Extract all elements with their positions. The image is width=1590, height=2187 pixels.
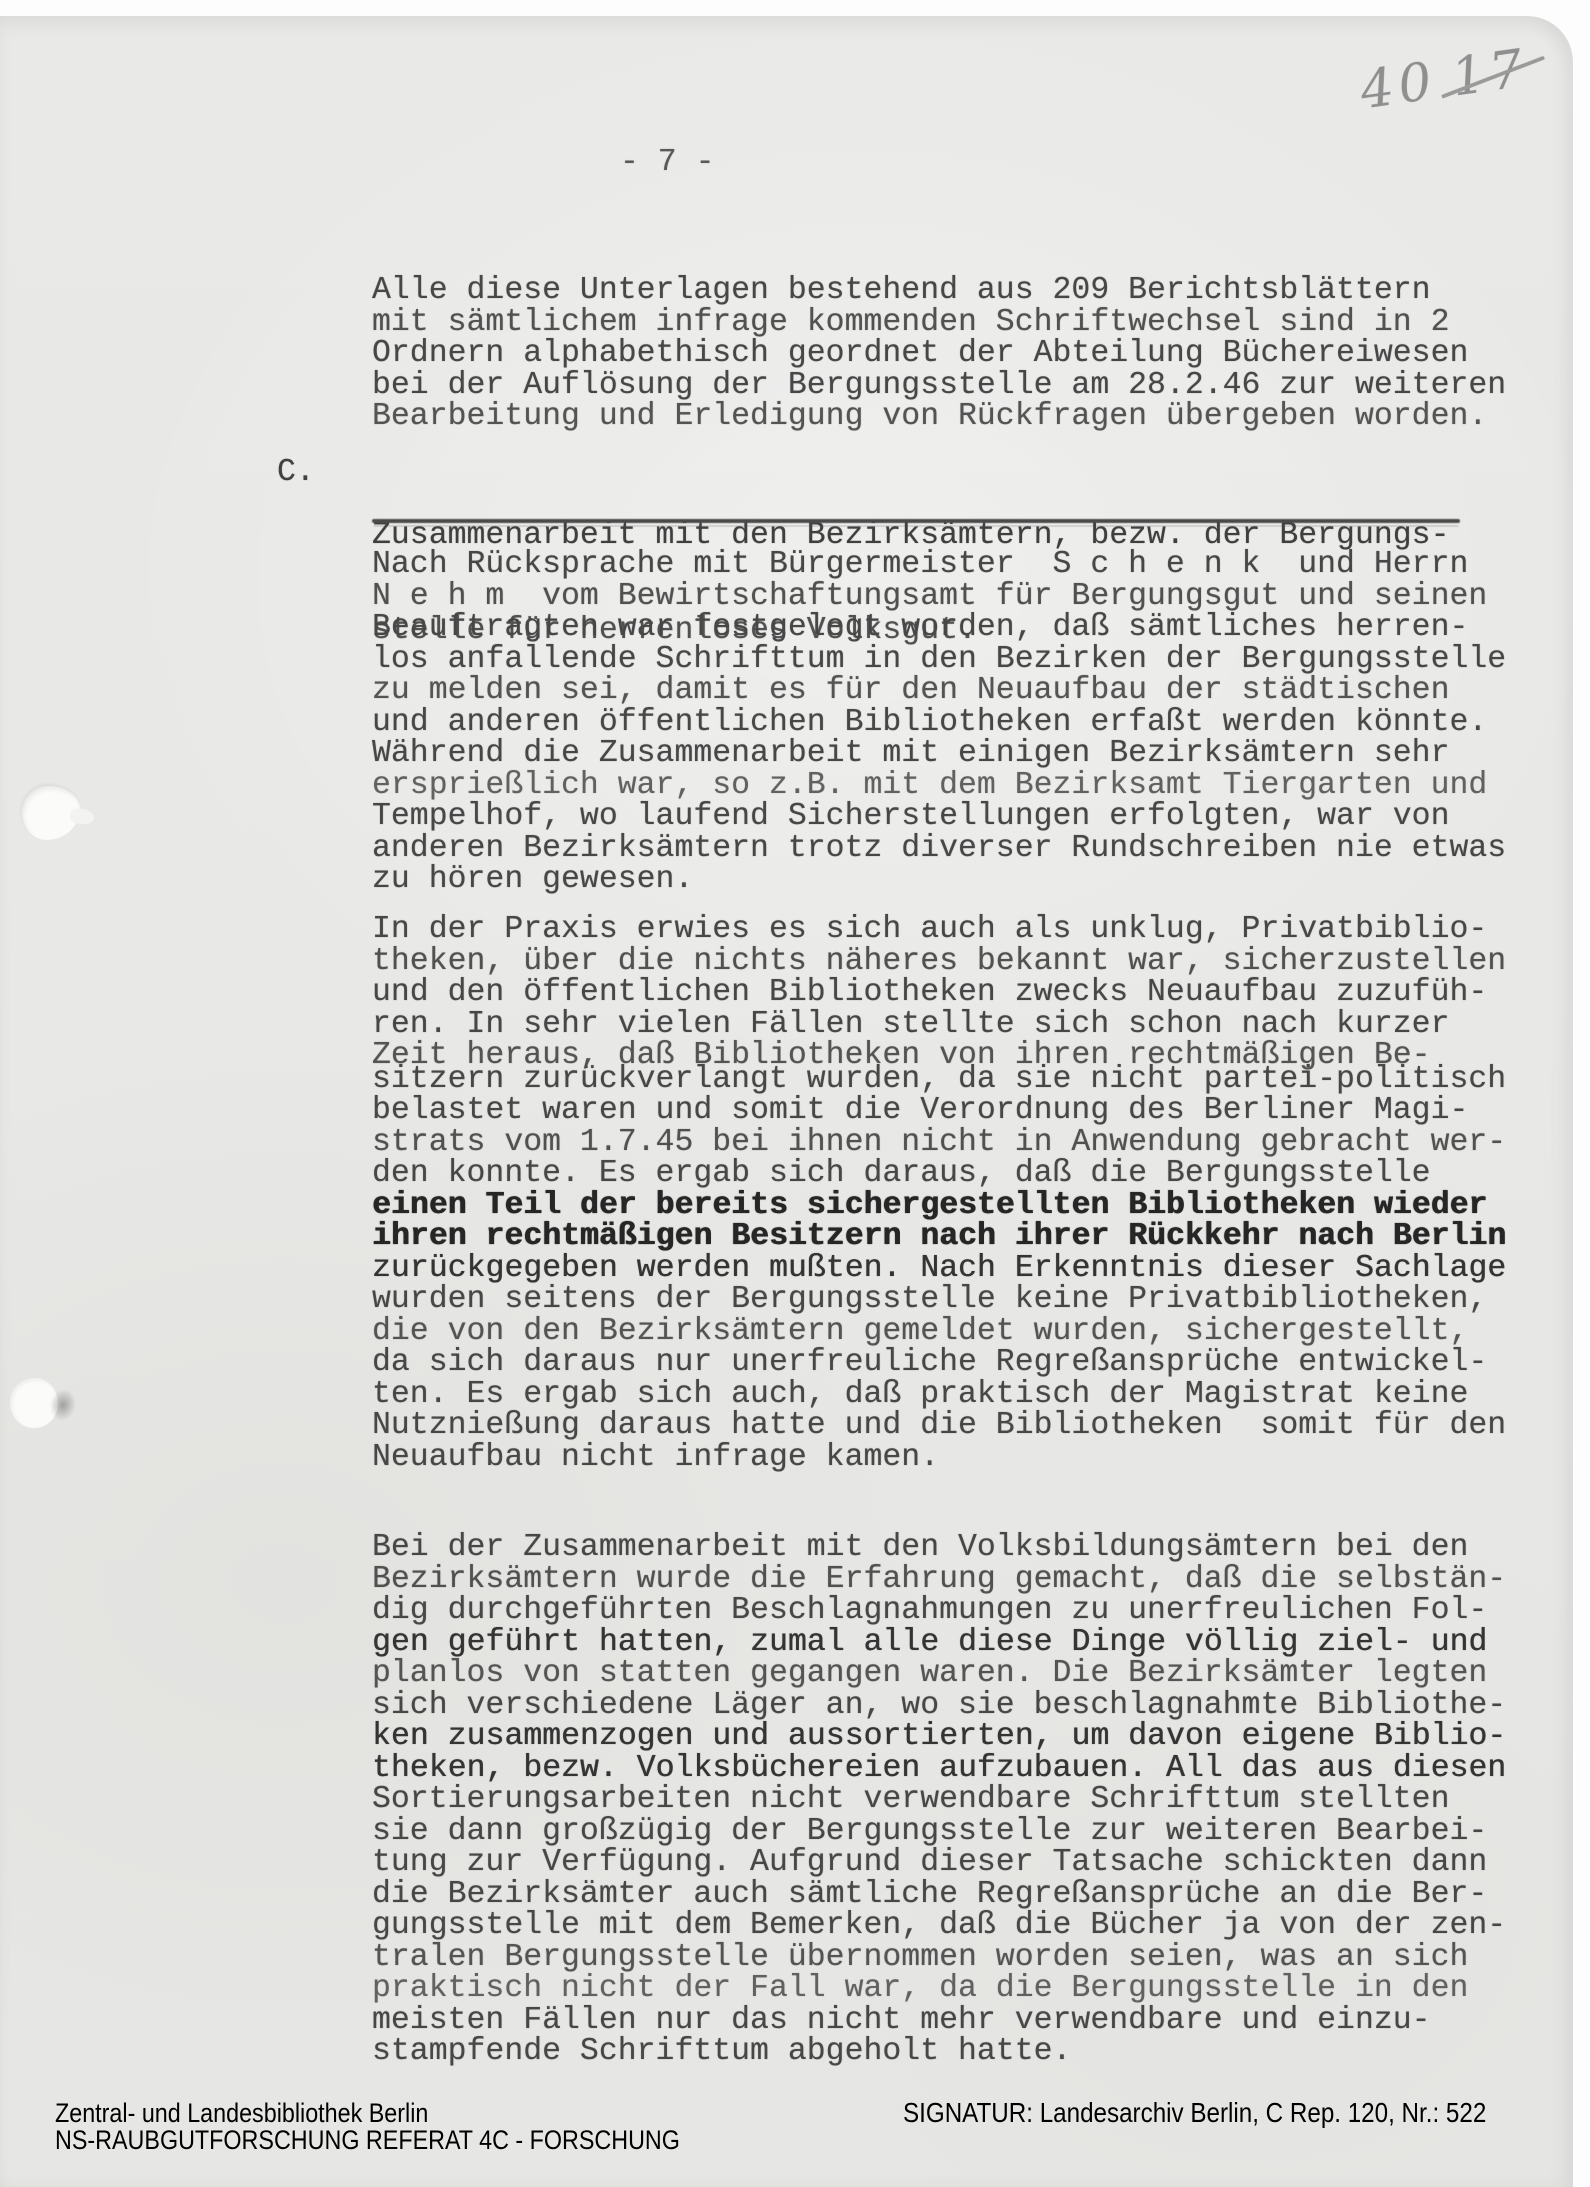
punch-hole-bottom — [10, 1378, 58, 1428]
heading-underline — [372, 519, 1460, 523]
paragraph-3: In der Praxis erwies es sich auch als un… — [372, 914, 1506, 1473]
text-line: belastet waren und somit die Verordnung … — [372, 1095, 1506, 1127]
text-line: einen Teil der bereits sichergestellten … — [372, 1190, 1506, 1222]
scanned-document-screenshot: { "document": { "page_number": "- 7 -", … — [0, 0, 1590, 2187]
page-number: - 7 - — [620, 147, 715, 179]
text-line: Alle diese Unterlagen bestehend aus 209 … — [372, 275, 1506, 307]
text-line: und anderen öffentlichen Bibliotheken er… — [372, 707, 1506, 739]
text-line: ersprießlich war, so z.B. mit dem Bezirk… — [372, 770, 1506, 802]
text-line: planlos von statten gegangen waren. Die … — [372, 1658, 1506, 1690]
text-line: Tempelhof, wo laufend Sicherstellungen e… — [372, 801, 1506, 833]
text-line: theken, bezw. Volksbüchereien aufzubauen… — [372, 1753, 1506, 1785]
text-line: tung zur Verfügung. Aufgrund dieser Tats… — [372, 1847, 1506, 1879]
text-line: zurückgegeben werden mußten. Nach Erkenn… — [372, 1253, 1506, 1285]
footer-institution: Zentral- und Landesbibliothek Berlin — [55, 2100, 479, 2127]
footer-department-text: NS-RAUBGUTFORSCHUNG REFERAT 4C - FORSCHU… — [55, 2127, 680, 2154]
text-line: strats vom 1.7.45 bei ihnen nicht in Anw… — [372, 1127, 1506, 1159]
text-line: die von den Bezirksämtern gemeldet wurde… — [372, 1316, 1506, 1348]
text-line: theken, über die nichts näheres bekannt … — [372, 946, 1506, 978]
text-line: Bei der Zusammenarbeit mit den Volksbild… — [372, 1532, 1506, 1564]
text-line: gungsstelle mit dem Bemerken, daß die Bü… — [372, 1910, 1506, 1942]
text-line: ren. In sehr vielen Fällen stellte sich … — [372, 1009, 1506, 1041]
text-line: wurden seitens der Bergungsstelle keine … — [372, 1284, 1506, 1316]
section-c-label: C. — [277, 457, 315, 489]
text-line: stampfende Schrifttum abgeholt hatte. — [372, 2036, 1506, 2068]
text-line: zu melden sei, damit es für den Neuaufba… — [372, 675, 1506, 707]
text-line: tralen Bergungsstelle übernommen worden … — [372, 1942, 1506, 1974]
paragraph-4: Bei der Zusammenarbeit mit den Volksbild… — [372, 1532, 1506, 2068]
text-line: N e h m vom Bewirtschaftungsamt für Berg… — [372, 581, 1506, 613]
text-line: mit sämtlichem infrage kommenden Schrift… — [372, 307, 1506, 339]
text-line: Bearbeitung und Erledigung von Rückfrage… — [372, 401, 1506, 433]
text-line: die Bezirksämter auch sämtliche Regreßan… — [372, 1879, 1506, 1911]
text-line: bei der Auflösung der Bergungsstelle am … — [372, 370, 1506, 402]
text-line: Während die Zusammenarbeit mit einigen B… — [372, 738, 1506, 770]
text-line: meisten Fällen nur das nicht mehr verwen… — [372, 2005, 1506, 2037]
paper-sheet: 4017 - 7 - Alle diese Unterlagen bestehe… — [0, 16, 1573, 2187]
text-line: anderen Bezirksämtern trotz diverser Run… — [372, 833, 1506, 865]
text-line: Beauftragten war festgelegt worden, daß … — [372, 612, 1506, 644]
text-line: ken zusammenzogen und aussortierten, um … — [372, 1721, 1506, 1753]
footer-department: NS-RAUBGUTFORSCHUNG REFERAT 4C - FORSCHU… — [55, 2127, 765, 2154]
text-line: Bezirksämtern wurde die Erfahrung gemach… — [372, 1564, 1506, 1596]
text-line: Nach Rücksprache mit Bürgermeister S c h… — [372, 549, 1506, 581]
text-line: Neuaufbau nicht infrage kamen. — [372, 1442, 1506, 1474]
text-line: ten. Es ergab sich auch, daß praktisch d… — [372, 1379, 1506, 1411]
text-line: und den öffentlichen Bibliotheken zwecks… — [372, 977, 1506, 1009]
text-line: Nutznießung daraus hatte und die Bibliot… — [372, 1410, 1506, 1442]
text-line: In der Praxis erwies es sich auch als un… — [372, 914, 1506, 946]
text-line: sie dann großzügig der Bergungsstelle zu… — [372, 1816, 1506, 1848]
text-line: ihren rechtmäßigen Besitzern nach ihrer … — [372, 1221, 1506, 1253]
footer-signature-text: SIGNATUR: Landesarchiv Berlin, C Rep. 12… — [903, 2099, 1486, 2126]
text-line: praktisch nicht der Fall war, da die Ber… — [372, 1973, 1506, 2005]
punch-hole-top — [22, 786, 80, 840]
text-line: sitzern zurückverlangt wurden, da sie ni… — [372, 1064, 1506, 1096]
text-line: gen geführt hatten, zumal alle diese Din… — [372, 1627, 1506, 1659]
text-line: den konnte. Es ergab sich daraus, daß di… — [372, 1158, 1506, 1190]
text-line: Sortierungsarbeiten nicht verwendbare Sc… — [372, 1784, 1506, 1816]
paragraph-1: Alle diese Unterlagen bestehend aus 209 … — [372, 275, 1506, 433]
text-line: Ordnern alphabethisch geordnet der Abtei… — [372, 338, 1506, 370]
footer-institution-text: Zentral- und Landesbibliothek Berlin — [55, 2100, 428, 2127]
text-line: los anfallende Schrifttum in den Bezirke… — [372, 644, 1506, 676]
text-line: zu hören gewesen. — [372, 864, 1506, 896]
handwritten-number: 40 — [1357, 51, 1441, 121]
text-line: sich verschiedene Läger an, wo sie besch… — [372, 1690, 1506, 1722]
handwritten-number-crossed-out: 17 — [1448, 39, 1532, 109]
text-line: da sich daraus nur unerfreuliche Regreßa… — [372, 1347, 1506, 1379]
paragraph-2: Nach Rücksprache mit Bürgermeister S c h… — [372, 549, 1506, 896]
footer-signature: SIGNATUR: Landesarchiv Berlin, C Rep. 12… — [903, 2099, 1566, 2126]
handwritten-annotation: 4017 — [1357, 39, 1532, 122]
text-line: dig durchgeführten Beschlagnahmungen zu … — [372, 1595, 1506, 1627]
